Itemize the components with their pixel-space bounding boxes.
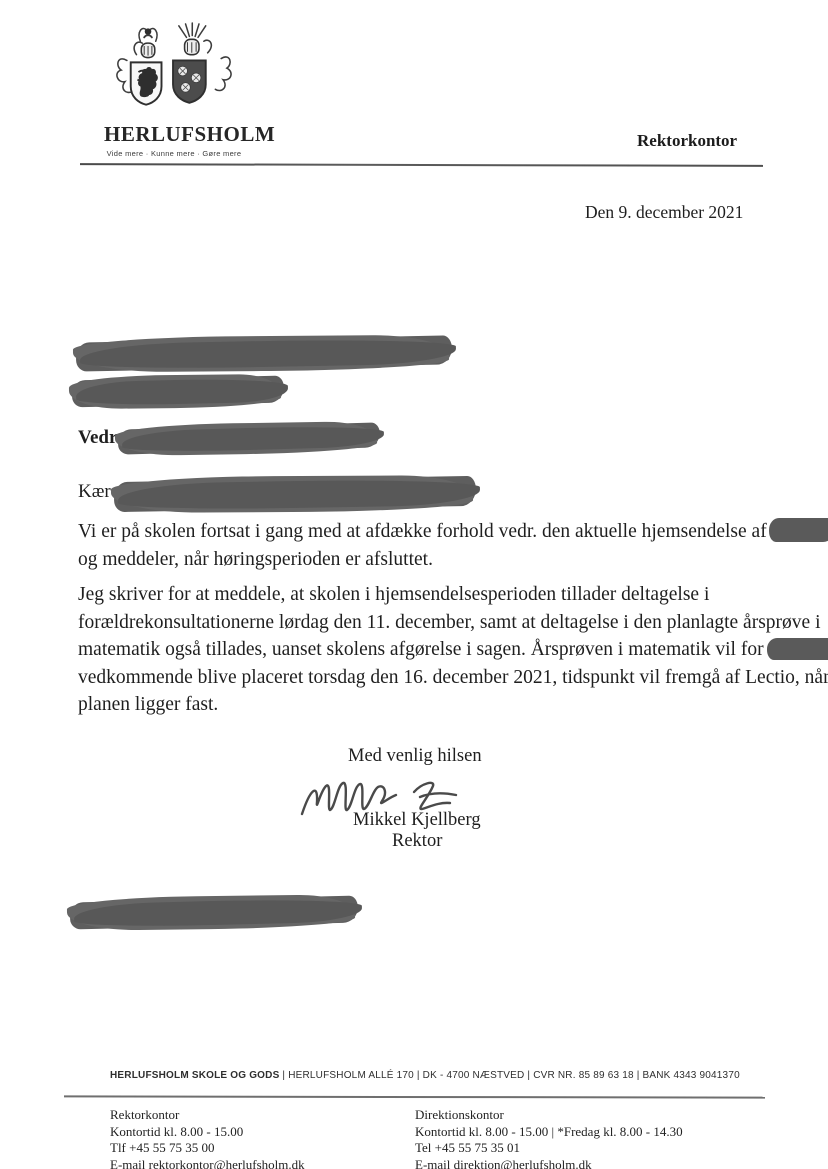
letter-date: Den 9. december 2021 (585, 202, 743, 223)
p2-line2: forældrekonsultationerne lørdag den 11. … (78, 612, 821, 633)
redaction-inline-p1 (769, 518, 828, 542)
footer-details: | HERLUFSHOLM ALLÉ 170 | DK - 4700 NÆSTV… (279, 1070, 739, 1081)
contact-left-phone: Tlf +45 55 75 35 00 (110, 1140, 305, 1157)
paragraph-2: Jeg skriver for at meddele, at skolen i … (78, 581, 778, 719)
closing-line: Med venlig hilsen (348, 746, 482, 767)
p1-line1: Vi er på skolen fortsat i gang med at af… (78, 521, 767, 542)
contact-left-email: E-mail rektorkontor@herlufsholm.dk (110, 1157, 305, 1169)
paragraph-1: Vi er på skolen fortsat i gang med at af… (78, 518, 778, 573)
herlufsholm-crest-icon (111, 22, 237, 122)
logo-tagline: Vide mere · Kunne mere · Gøre mere (104, 149, 244, 158)
p2-line3: matematik også tillades, uanset skolens … (78, 639, 764, 660)
office-label: Rektorkontor (637, 131, 737, 151)
logo-wordmark: HERLUFSHOLM (104, 122, 244, 147)
contact-right-hours: Kontortid kl. 8.00 - 15.00 | *Fredag kl.… (415, 1124, 683, 1141)
p2-line5: planen ligger fast. (78, 694, 218, 715)
redaction-address-line1 (76, 335, 452, 371)
redaction-subject (118, 422, 381, 454)
signer-title: Rektor (392, 831, 442, 852)
redaction-address-line2 (72, 376, 285, 408)
contact-right-email: E-mail direktion@herlufsholm.dk (415, 1157, 683, 1169)
herlufsholm-logo: HERLUFSHOLM Vide mere · Kunne mere · Gør… (104, 22, 244, 158)
scanned-letter-page: HERLUFSHOLM Vide mere · Kunne mere · Gør… (0, 0, 828, 1169)
footer-address-bar: HERLUFSHOLM SKOLE OG GODS | HERLUFSHOLM … (110, 1070, 770, 1081)
p2-line1: Jeg skriver for at meddele, at skolen i … (78, 584, 709, 605)
contact-rektorkontor: Rektorkontor Kontortid kl. 8.00 - 15.00 … (110, 1107, 305, 1169)
redaction-salutation (114, 476, 476, 512)
redaction-bottom (70, 895, 359, 929)
p1-line2: og meddeler, når høringsperioden er afsl… (78, 549, 433, 570)
signer-name: Mikkel Kjellberg (353, 810, 481, 831)
footer-divider (64, 1095, 765, 1098)
header-divider (80, 163, 763, 167)
contact-right-phone: Tel +45 55 75 35 01 (415, 1140, 683, 1157)
contact-right-title: Direktionskontor (415, 1107, 683, 1124)
contact-direktionskontor: Direktionskontor Kontortid kl. 8.00 - 15… (415, 1107, 683, 1169)
contact-left-title: Rektorkontor (110, 1107, 305, 1124)
redaction-inline-p2 (767, 638, 828, 660)
footer-company: HERLUFSHOLM SKOLE OG GODS (110, 1070, 279, 1081)
contact-left-hours: Kontortid kl. 8.00 - 15.00 (110, 1124, 305, 1141)
p2-line4: vedkommende blive placeret torsdag den 1… (78, 667, 828, 688)
